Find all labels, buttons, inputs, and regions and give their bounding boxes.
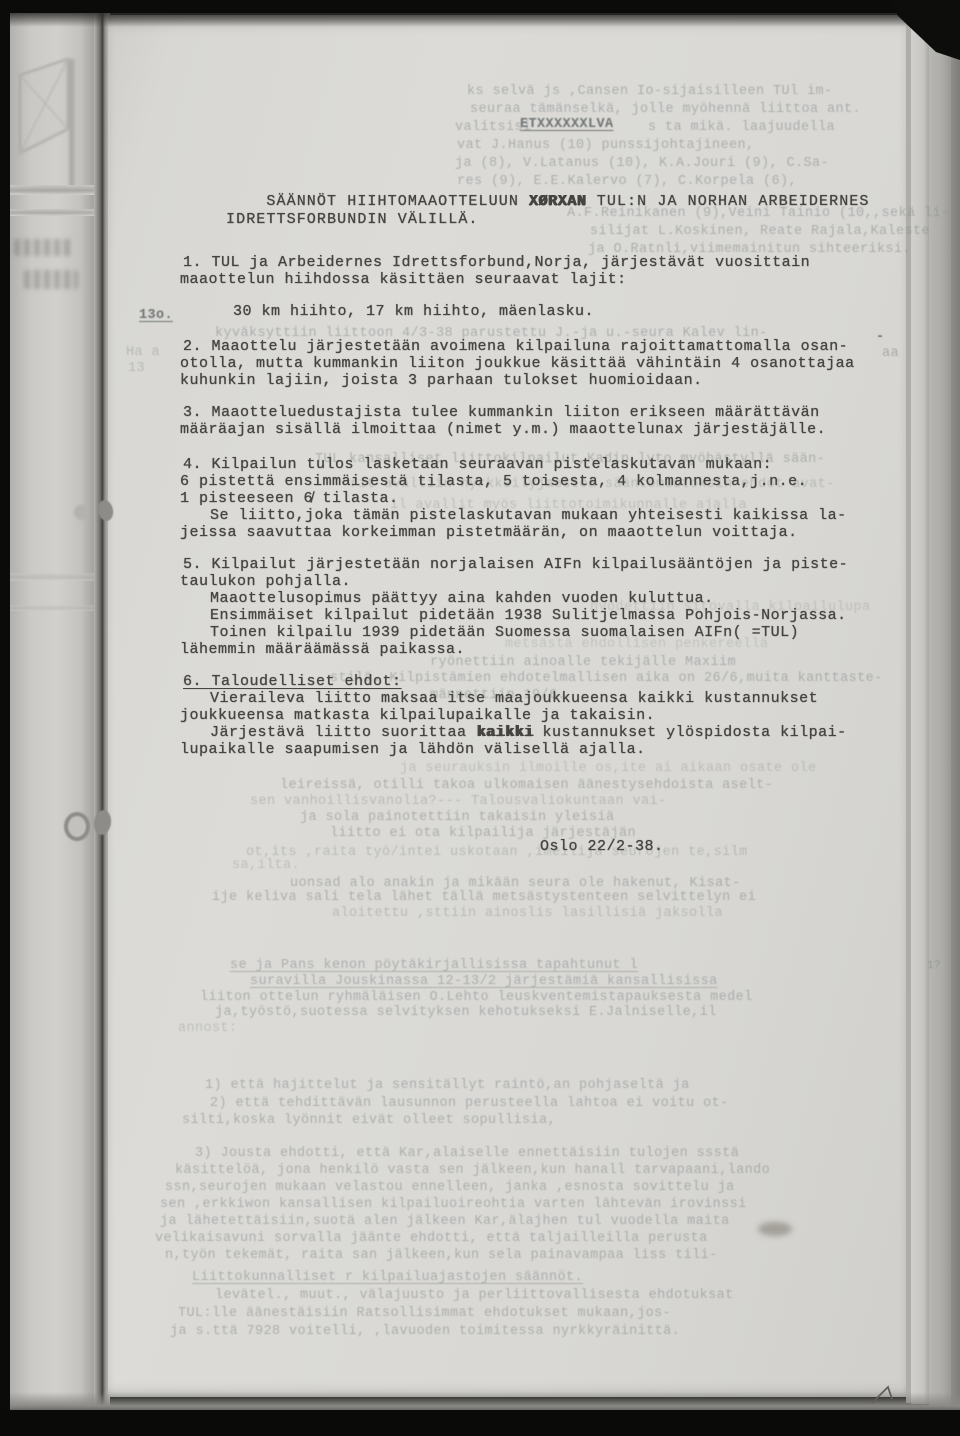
punch-hole-ring xyxy=(64,812,90,841)
ghost-line: s ta mikä. laajuudella xyxy=(648,120,835,136)
scan-border-top xyxy=(0,0,960,13)
page-edge-stack xyxy=(929,22,951,1412)
ghost-line: 1) että hajittelut ja sensitällyt raintö… xyxy=(205,1078,690,1094)
typed-line: 1 pisteeseen 6̸ tilasta. xyxy=(180,490,399,507)
typed-line: 1. TUL ja Arbeidernes Idrettsforbund,Nor… xyxy=(183,254,810,271)
typed-line: 6 pistettä ensimmäisestä tilasta, 5 tois… xyxy=(180,473,807,490)
ghost-line: ja lähetettäisiin,suotä alen jälkeen Kar… xyxy=(160,1214,730,1230)
ghost-line: 3) Jousta ehdotti, että Kar,alaiselle en… xyxy=(195,1146,739,1162)
ghost-line: stilä. Kilpistämien ehdotelmallisen aika… xyxy=(330,671,883,687)
ghost-line: Liittokunnalliset r kilpailuajastojen sä… xyxy=(192,1270,583,1286)
typed-line: lähemmin määräämässä paikassa. xyxy=(180,641,465,658)
ghost-line: ije keliva sali tela lähet tällä metsäst… xyxy=(212,890,756,906)
ghost-line: se ja Pans kenon pöytäkirjallisissa tapa… xyxy=(230,958,638,974)
ghost-line: levätel., muut., välajuusto ja perliitto… xyxy=(215,1288,734,1304)
ghost-line: 13 xyxy=(128,361,145,377)
spine-embossed-text xyxy=(24,270,78,289)
ghost-line: aa xyxy=(882,346,899,362)
ghost-line: annost: xyxy=(178,1021,238,1037)
ghost-line: Ha a xyxy=(126,345,160,361)
typed-line: kaikki xyxy=(477,724,534,741)
ghost-line: silti,koska lyönnit eivät olleet sopulli… xyxy=(182,1113,556,1129)
typed-line: jeissa saavuttaa korkeimman pistetmäärän… xyxy=(180,524,798,541)
scan-border-bottom xyxy=(0,1410,960,1436)
ghost-line: sa,ilta. xyxy=(232,858,300,874)
typed-line: otolla, mutta kummankin liiton joukkue k… xyxy=(180,355,855,372)
typed-line: IDRETTSFORBUNDIN VÄLILLÄ. xyxy=(226,211,479,228)
book-spine xyxy=(10,13,96,1412)
ghost-line: suravilla Jouskinassa 12-13/2 järjestämi… xyxy=(250,974,718,990)
title-text: SÄÄNNÖT HIIHTOMAAOTTELUUN xyxy=(266,193,529,210)
spine-ridge xyxy=(10,573,96,581)
spine-ridge xyxy=(10,209,96,216)
typed-line: 3. Maaotteluedustajista tulee kummankin … xyxy=(183,404,820,421)
ghost-line: leireissä, otilli takoa ulkomaisen äänes… xyxy=(280,778,773,794)
typed-line: taulukon pohjalla. xyxy=(180,573,351,590)
typed-line: Se liitto,joka tämän pistelaskutavan muk… xyxy=(210,507,847,524)
page-top-shadow xyxy=(10,13,950,27)
ghost-line: ETXXXXXXLVA xyxy=(520,117,614,133)
ghost-line: sen vanhoillisvanolia?--- Talousvaliokun… xyxy=(250,794,667,810)
ghost-line: seuraa tämänselkä, jolle myöhennä liitto… xyxy=(470,102,861,118)
ghost-line: ryönettiin ainoalle tekijälle Maxiim xyxy=(430,655,736,671)
typed-line: 5. Kilpailut järjestetään norjalaisen AI… xyxy=(183,556,848,573)
typed-line: 4. Kilpailun tulos lasketaan seuraavan p… xyxy=(183,456,772,473)
typed-line: lupaikalle saapumisen ja lähdön välisell… xyxy=(180,741,646,758)
ghost-line: 13o. xyxy=(139,308,173,324)
typed-line: Maaottelusopimus päättyy aina kahden vuo… xyxy=(210,590,714,607)
typed-line: 2. Maaottelu järjestetään avoimena kilpa… xyxy=(183,338,848,355)
ghost-line: aloitettu ,sttiin ainoslis lasillisiä ja… xyxy=(332,906,723,922)
ghost-line: n,työn tekemät, raita san jälkeen,kun se… xyxy=(165,1248,718,1264)
ghost-line: - xyxy=(876,330,885,346)
typed-line: Toinen kilpailu 1939 pidetään Suomessa s… xyxy=(210,624,799,641)
book-scan: ks selvä js ,Cansen Io-sijaisilleen TUl … xyxy=(0,0,960,1436)
dateline: Oslo 22/2-38. xyxy=(540,838,664,855)
struck-out-word: XØRXAN xyxy=(529,193,587,210)
spine-ridge xyxy=(10,185,96,195)
page-bottom-edge xyxy=(10,1392,960,1412)
typed-line: maaottelun hiihdossa käsittäen seuraavat… xyxy=(180,271,627,288)
typed-line: Vieraileva liitto maksaa itse maajoukkue… xyxy=(210,690,818,707)
ink-smudge xyxy=(758,1222,792,1236)
typed-line: 30 km hiihto, 17 km hiihto, mäenlasku. xyxy=(233,303,594,320)
spine-ridge xyxy=(10,605,96,611)
ghost-line: ot,its ,raita työ/intei uskotaan ,imeili… xyxy=(246,845,748,861)
ghost-line: ja,työstö,suotessa selvityksen kehotukse… xyxy=(215,1005,717,1021)
ghost-line: TUL:lle äänestäisiin Ratsollisimmat ehdo… xyxy=(178,1306,671,1322)
typed-line: 6. Taloudelliset ehdot: xyxy=(183,673,402,690)
typed-line: kuhunkin lajiin, joista 3 parhaan tuloks… xyxy=(180,372,703,389)
scan-border-left xyxy=(0,0,10,1436)
typed-line: määräajan sisällä ilmoittaa (nimet y.m.)… xyxy=(180,421,826,438)
spine-embossed-text xyxy=(14,239,72,256)
ghost-line: ja seurauksin ilmoille os,ite ai aikaan … xyxy=(400,761,817,777)
ghost-line: liiton ottelun ryhmäläisen O.Lehto leusk… xyxy=(200,990,753,1006)
ghost-line: 2) että tehdittävän lausunnon perusteell… xyxy=(210,1096,729,1112)
ghost-line: ks selvä js ,Cansen Io-sijaisilleen TUl … xyxy=(467,84,833,100)
ghost-line: ja (8), V.Latanus (10), K.A.Jouri (9), C… xyxy=(455,156,829,172)
punch-hole-faint xyxy=(74,505,89,520)
title-text: TUL:N JA NORHAN ARBEIDERNES xyxy=(587,193,870,210)
ghost-line: ja sola painotettiin takaisin yleisiä xyxy=(300,810,615,826)
typed-line: joukkueensa matkasta kilpailupaikalle ja… xyxy=(180,707,655,724)
ghost-line: ssn,seurojen mukaan velastou ennelleen, … xyxy=(165,1180,735,1196)
ghost-line: 1? xyxy=(927,958,941,974)
ghost-line: käsittelöä, jona henkilö vasta sen jälke… xyxy=(175,1163,770,1179)
ghost-line: ja s.ttä 7928 voitelli, ,lavuoden toimit… xyxy=(170,1324,680,1340)
typed-line: Ensimmäiset kilpailut pidetään 1938 Suli… xyxy=(210,607,847,624)
ghost-line: sen ,erkkiwon kansallisen kilpailuoireoh… xyxy=(160,1197,747,1213)
ghost-line: vat J.Hanus (10) punssijohtajineen, xyxy=(457,138,755,154)
page-edge-stack xyxy=(951,24,960,1412)
ghost-line: velikaisavuni sorvalla jäänte ehdotti, e… xyxy=(155,1231,708,1247)
